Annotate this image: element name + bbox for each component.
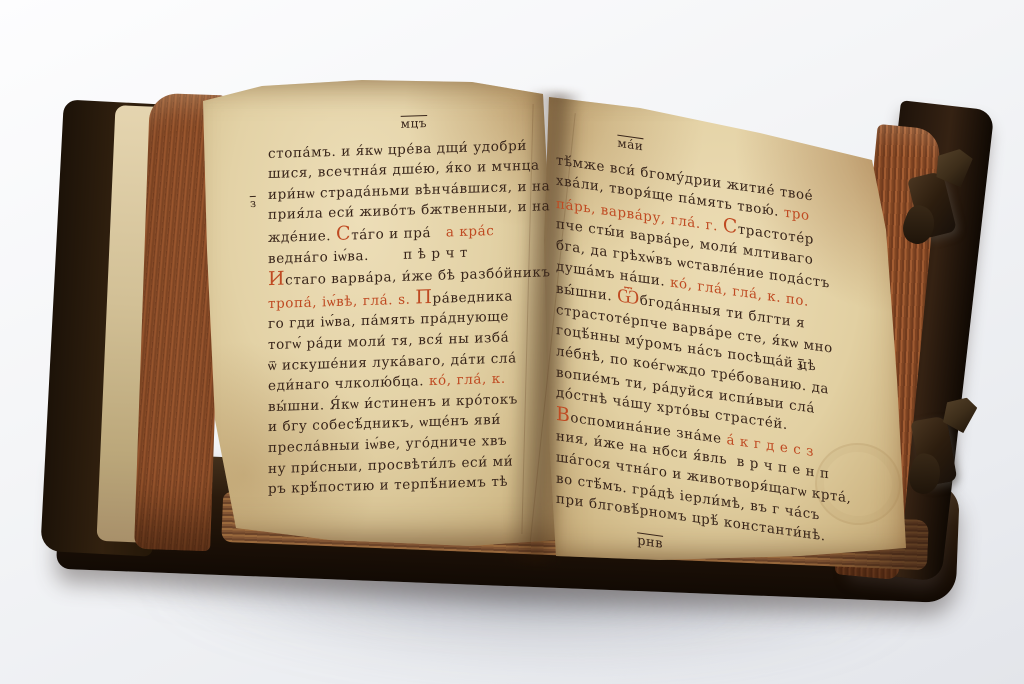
left-margin-mark: з	[250, 197, 256, 210]
manuscript-book-photo: мцъ стопа́мъ. и я́кѡ цре́ва дщи́ удобри́…	[0, 0, 1024, 684]
left-page-lines: стопа́мъ. и я́кѡ цре́ва дщи́ удобри́шися…	[268, 134, 560, 499]
right-page-text: ма́и тѣ́мже вси́ бгому́дрии житие́ твое́…	[556, 124, 865, 571]
left-page-text: мцъ стопа́мъ. и я́кѡ цре́ва дщи́ удобри́…	[268, 109, 560, 502]
right-page-lines: тѣ́мже вси́ бгому́дрии житие́ твое́хва́л…	[556, 150, 865, 553]
